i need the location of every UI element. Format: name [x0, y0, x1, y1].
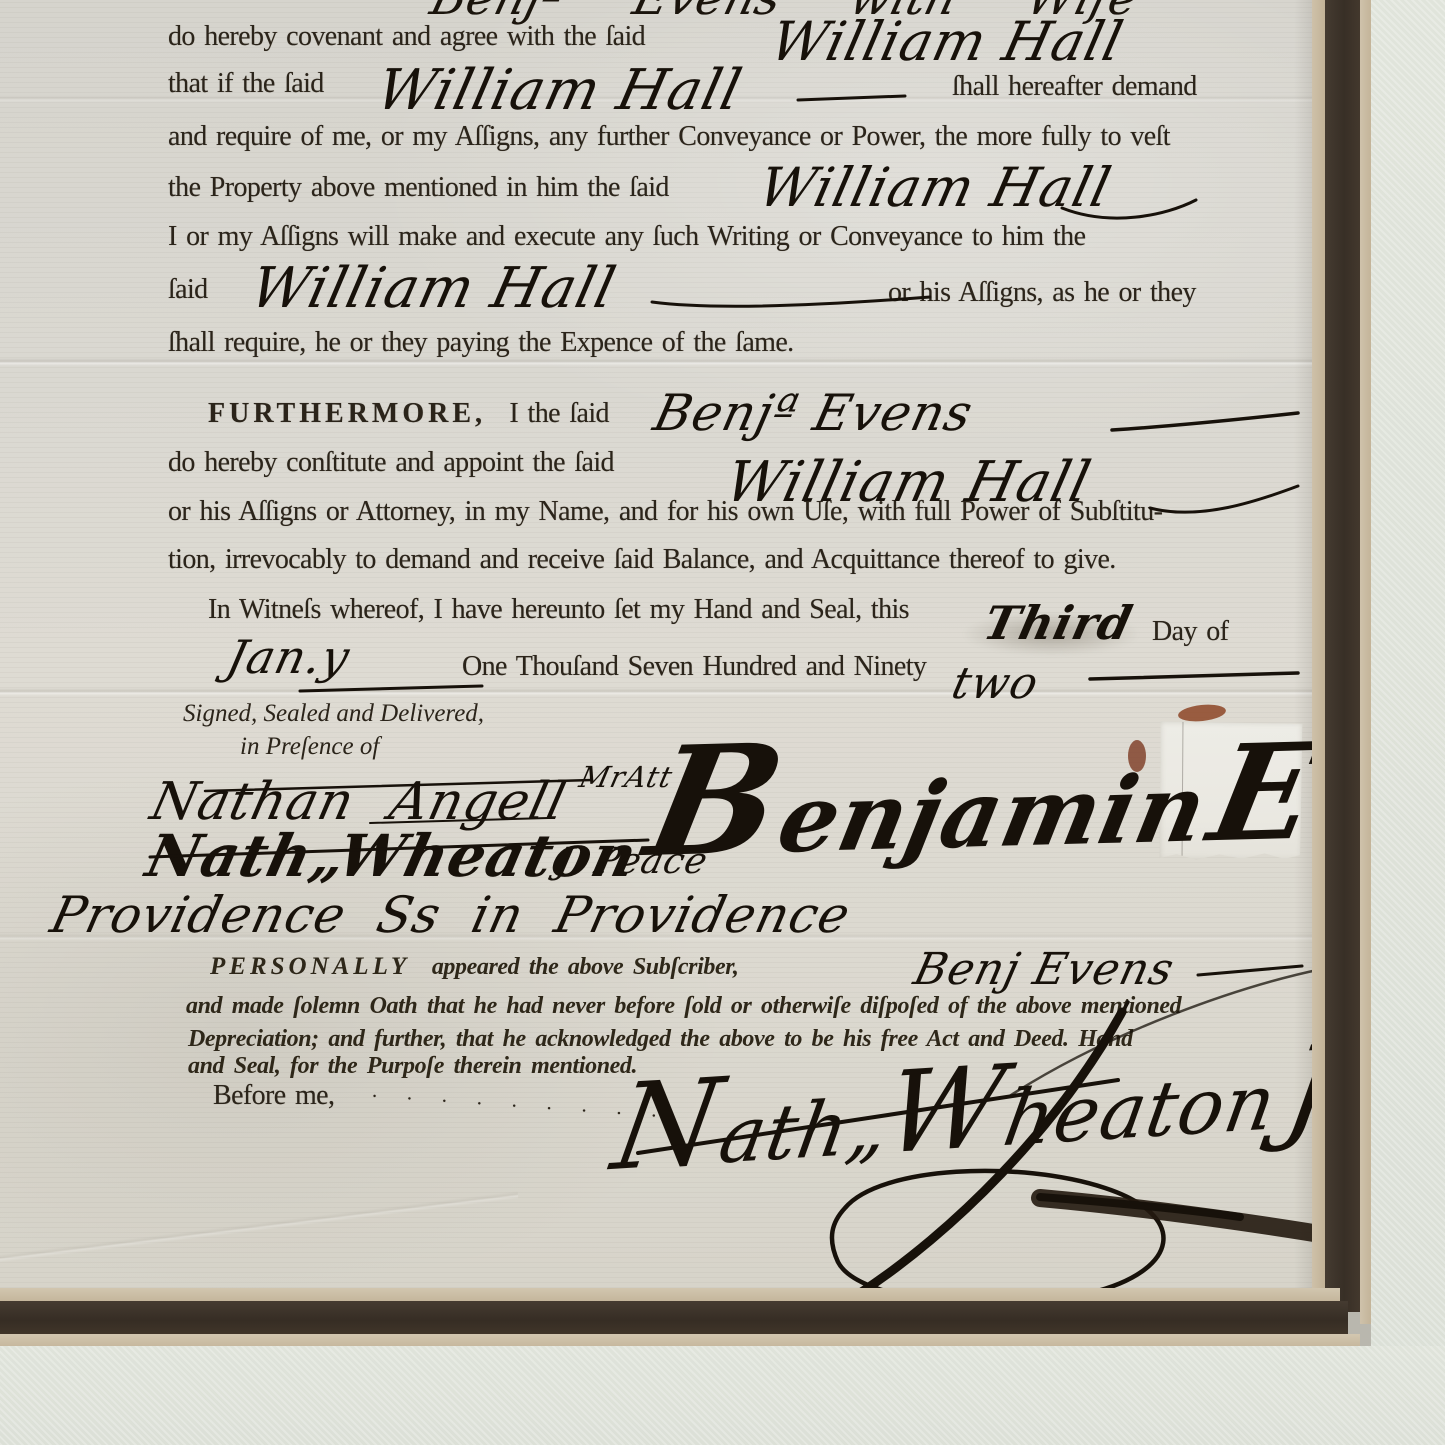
signature-capital: W [879, 1050, 1014, 1170]
body-line: that if the ſaid [168, 68, 324, 100]
handwritten-name: William Hall [378, 58, 741, 123]
body-line: FURTHERMORE, I the ſaid [208, 398, 609, 430]
body-line: Day of [1152, 616, 1228, 648]
signature-text: ath„ [713, 1080, 896, 1180]
framed-document-photo: Benjª Evens with Wife Hall do hereby cov… [0, 0, 1445, 1445]
frame-mat-bottom [0, 1346, 1445, 1445]
frame-liner-bottom [0, 1288, 1340, 1301]
frame-fillet-right [1325, 0, 1360, 1312]
body-line: or his Aſſigns, as he or they [888, 277, 1196, 309]
personally-word: PERSONALLY [210, 953, 410, 980]
frame-liner-bottom-outer [0, 1334, 1360, 1346]
signature-capital: N [606, 1062, 730, 1188]
body-line: I the ſaid [509, 398, 609, 429]
body-line: do hereby conſtitute and appoint the ſai… [168, 447, 614, 479]
signature-text: enjamin [769, 754, 1215, 874]
body-line: ſhall hereafter demand [952, 71, 1197, 103]
handwritten-year-word: two [953, 658, 1038, 709]
body-line: the Property above mentioned in him the … [168, 172, 669, 204]
frame-fillet-bottom [0, 1301, 1348, 1334]
frame-mat-right [1371, 0, 1445, 1445]
body-line: do hereby covenant and agree with the ſa… [168, 21, 645, 53]
handwritten-month: Jan.y [228, 630, 349, 684]
paper-fold-crease [0, 358, 1445, 366]
body-line: ſaid [168, 274, 208, 306]
handwritten-name: William Hall [727, 450, 1090, 515]
affidavit-line: and Seal, for the Purpoſe therein mentio… [188, 1053, 637, 1080]
body-line: One Thouſand Seven Hundred and Ninety [462, 651, 926, 683]
handwritten-name: William Hall [252, 256, 615, 321]
attestation-line: Signed, Sealed and Delivered, [183, 700, 484, 728]
handwritten-name: Benj Evens [915, 944, 1173, 995]
handwritten-name: William Hall [772, 10, 1122, 73]
attestation-line: in Preſence of [240, 733, 379, 761]
body-line: and require of me, or my Aſſigns, any fu… [168, 121, 1170, 153]
furthermore-word: FURTHERMORE, [208, 398, 486, 429]
handwritten-name: William Hall [760, 156, 1110, 219]
before-me-label: Before me, [213, 1080, 334, 1112]
body-line: tion, irrevocably to demand and receive … [168, 544, 1116, 576]
handwritten-name: Benjª Evens [655, 384, 972, 442]
affidavit-line: PERSONALLY appeared the above Subſcriber… [210, 953, 738, 981]
body-line: ſhall require, he or they paying the Exp… [168, 327, 794, 359]
affidavit-line: appeared the above Subſcriber, [432, 954, 739, 980]
signature-capital: B [637, 724, 795, 878]
handwritten-date-word: Third [985, 596, 1132, 650]
venue-line: Providence Ss in Providence [52, 886, 849, 944]
frame-liner-right-outer [1360, 0, 1371, 1324]
body-line: I or my Aſſigns will make and execute an… [168, 221, 1085, 253]
paper-fold-crease [0, 688, 1445, 696]
affidavit-line: and made ſolemn Oath that he had never b… [186, 993, 1181, 1020]
signature-text: heaton [997, 1057, 1282, 1164]
body-line: In Witneſs whereof, I have hereunto ſet … [208, 594, 909, 626]
frame-liner-right [1312, 0, 1325, 1300]
